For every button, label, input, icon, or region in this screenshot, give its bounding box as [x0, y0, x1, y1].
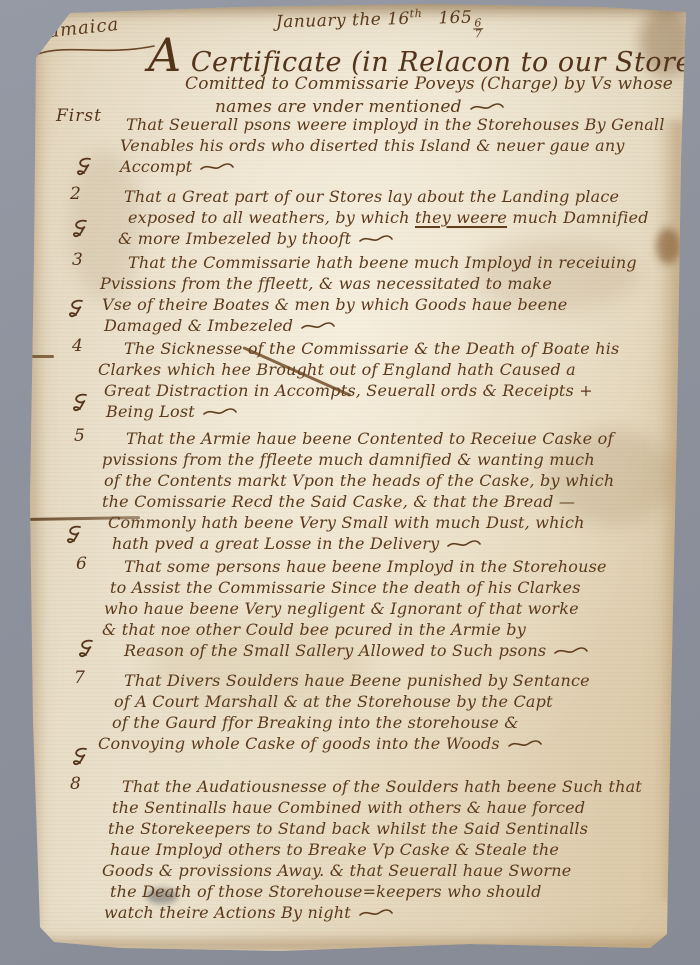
- manuscript-line: Great Distraction in Accompts, Seuerall …: [104, 380, 678, 401]
- scribal-margin-mark: [70, 218, 92, 242]
- item-text-6: That some persons haue beene Imployd in …: [118, 556, 678, 661]
- scribal-margin-mark: [66, 298, 88, 322]
- item-number-2: 2: [70, 184, 82, 204]
- scribal-margin-mark: [70, 392, 92, 416]
- manuscript-line: pvissions from the ffleete much damnifie…: [102, 449, 678, 470]
- manuscript-line: the Comissarie Recd the Said Caske, & th…: [102, 491, 678, 512]
- flourish-icon: [447, 538, 481, 550]
- flourish-icon: [301, 320, 335, 332]
- scribal-margin-mark: [64, 524, 86, 548]
- article-list: FirstThat Seuerall psons weere imployd i…: [0, 0, 700, 965]
- manuscript-line: haue Imployd others to Breake Vp Caske &…: [110, 839, 678, 860]
- item-number-5: 5: [74, 426, 86, 446]
- manuscript-line: who haue beene Very negligent & Ignorant…: [104, 598, 678, 619]
- item-text-5: That the Armie haue beene Contented to R…: [118, 428, 678, 554]
- manuscript-line: of A Court Marshall & at the Storehouse …: [114, 691, 678, 712]
- manuscript-line: Venables his ords who diserted this Isla…: [120, 135, 678, 156]
- manuscript-line: That the Audatiousnesse of the Soulders …: [122, 776, 678, 797]
- manuscript-line: Clarkes which hee Brought out of England…: [98, 359, 678, 380]
- manuscript-line: of the Gaurd ffor Breaking into the stor…: [112, 712, 678, 733]
- margin-line-short: [27, 355, 54, 358]
- flourish-icon: [508, 738, 542, 750]
- item-number-7: 7: [74, 668, 86, 688]
- item-number-First: First: [56, 106, 102, 126]
- item-number-6: 6: [76, 554, 88, 574]
- manuscript-line: Goods & provissions Away. & that Seueral…: [102, 860, 678, 881]
- manuscript-line: & that noe other Could bee pcured in the…: [102, 619, 678, 640]
- flourish-icon: [200, 161, 234, 173]
- manuscript-line: exposed to all weathers, by which they w…: [128, 207, 678, 228]
- scribal-margin-mark: [76, 638, 98, 662]
- manuscript-line: hath pved a great Losse in the Delivery: [112, 533, 678, 554]
- manuscript-line: That the Armie haue beene Contented to R…: [126, 428, 678, 449]
- manuscript-line: The Sicknesse of the Commissarie & the D…: [124, 338, 678, 359]
- manuscript-line: the Storekeepers to Stand back whilst th…: [108, 818, 678, 839]
- item-number-3: 3: [72, 250, 84, 270]
- flourish-icon: [554, 645, 588, 657]
- manuscript-line: That the Commissarie hath beene much Imp…: [128, 252, 678, 273]
- manuscript-line: Pvissions from the ffleett, & was necess…: [100, 273, 678, 294]
- manuscript-line: Accompt: [120, 156, 678, 177]
- manuscript-line: Being Lost: [106, 401, 678, 422]
- manuscript-line: That some persons haue beene Imployd in …: [124, 556, 678, 577]
- item-text-2: That a Great part of our Stores lay abou…: [118, 186, 678, 249]
- item-number-8: 8: [70, 774, 82, 794]
- manuscript-line: of the Contents markt Vpon the heads of …: [104, 470, 678, 491]
- scanned-manuscript-scene: Jamaica January the 16th16567 A Certific…: [0, 0, 700, 965]
- manuscript-line: Reason of the Small Sallery Allowed to S…: [124, 640, 678, 661]
- item-text-4: The Sicknesse of the Commissarie & the D…: [118, 338, 678, 422]
- manuscript-line: That Seuerall psons weere imployd in the…: [126, 114, 678, 135]
- scribal-margin-mark: [70, 746, 92, 770]
- manuscript-line: the Sentinalls haue Combined with others…: [112, 797, 678, 818]
- manuscript-line: That Divers Soulders haue Beene punished…: [124, 670, 678, 691]
- manuscript-line: That a Great part of our Stores lay abou…: [124, 186, 678, 207]
- item-text-First: That Seuerall psons weere imployd in the…: [118, 114, 678, 177]
- flourish-icon: [359, 233, 393, 245]
- manuscript-line: Commonly hath beene Very Small with much…: [108, 512, 678, 533]
- manuscript-line: & more Imbezeled by thooft: [118, 228, 678, 249]
- manuscript-line: Damaged & Imbezeled: [104, 315, 678, 336]
- item-text-3: That the Commissarie hath beene much Imp…: [118, 252, 678, 336]
- item-text-8: That the Audatiousnesse of the Soulders …: [118, 776, 678, 923]
- manuscript-line: Vse of theire Boates & men by which Good…: [102, 294, 678, 315]
- manuscript-line: to Assist the Commissarie Since the deat…: [110, 577, 678, 598]
- flourish-icon: [203, 406, 237, 418]
- scribal-margin-mark: [74, 156, 96, 180]
- manuscript-line: Convoying whole Caske of goods into the …: [98, 733, 678, 754]
- flourish-icon: [359, 907, 393, 919]
- item-number-4: 4: [72, 336, 84, 356]
- item-text-7: That Divers Soulders haue Beene punished…: [118, 670, 678, 754]
- manuscript-line: watch theire Actions By night: [104, 902, 678, 923]
- manuscript-page: Jamaica January the 16th16567 A Certific…: [0, 0, 700, 965]
- manuscript-line: the Death of those Storehouse=keepers wh…: [110, 881, 678, 902]
